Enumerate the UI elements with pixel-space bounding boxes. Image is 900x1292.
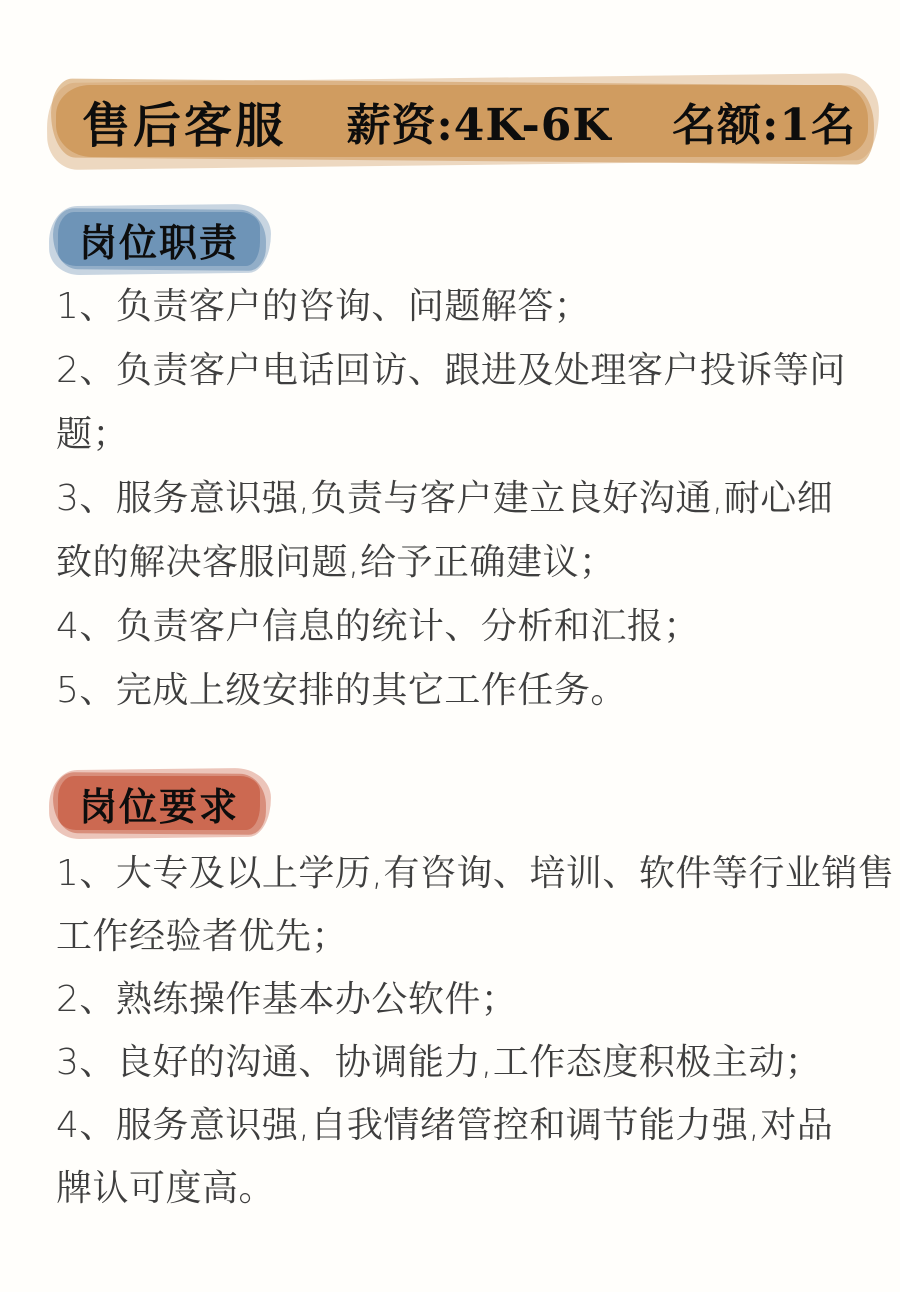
headcount-info: 名额:1名	[672, 89, 856, 153]
duty-line: 4、负责客户信息的统计、分析和汇报；	[56, 595, 886, 659]
requirement-line: 工作经验者优先；	[56, 905, 886, 968]
duty-line: 题；	[56, 403, 886, 467]
requirement-line: 4、服务意识强,自我情绪管控和调节能力强,对品	[56, 1094, 886, 1157]
requirement-line: 牌认可度高。	[56, 1157, 886, 1220]
duty-line: 致的解决客服问题,给予正确建议；	[56, 531, 886, 595]
responsibilities-list: 1、负责客户的咨询、问题解答； 2、负责客户电话回访、跟进及处理客户投诉等问 题…	[56, 275, 886, 723]
section-heading-requirements: 岗位要求	[58, 776, 260, 830]
title-bar-content: 售后客服 薪资:4K-6K 名额:1名	[56, 87, 868, 156]
requirements-list: 1、大专及以上学历,有咨询、培训、软件等行业销售 工作经验者优先； 2、熟练操作…	[56, 842, 886, 1220]
section-heading-responsibilities: 岗位职责	[58, 212, 260, 266]
requirement-line: 3、良好的沟通、协调能力,工作态度积极主动；	[56, 1031, 886, 1094]
responsibilities-heading-text: 岗位职责	[79, 212, 239, 267]
requirement-line: 2、熟练操作基本办公软件；	[56, 968, 886, 1031]
duty-line: 5、完成上级安排的其它工作任务。	[56, 659, 886, 723]
salary-info: 薪资:4K-6K	[347, 89, 612, 153]
duty-line: 2、负责客户电话回访、跟进及处理客户投诉等问	[56, 339, 886, 403]
title-bar: 售后客服 薪资:4K-6K 名额:1名	[56, 85, 868, 157]
duty-line: 1、负责客户的咨询、问题解答；	[56, 275, 886, 339]
job-posting-poster: 售后客服 薪资:4K-6K 名额:1名 岗位职责 1、负责客户的咨询、问题解答；…	[0, 0, 900, 1292]
job-title: 售后客服	[82, 87, 286, 156]
duty-line: 3、服务意识强,负责与客户建立良好沟通,耐心细	[56, 467, 886, 531]
requirements-heading-text: 岗位要求	[79, 776, 239, 831]
requirement-line: 1、大专及以上学历,有咨询、培训、软件等行业销售	[56, 842, 886, 905]
